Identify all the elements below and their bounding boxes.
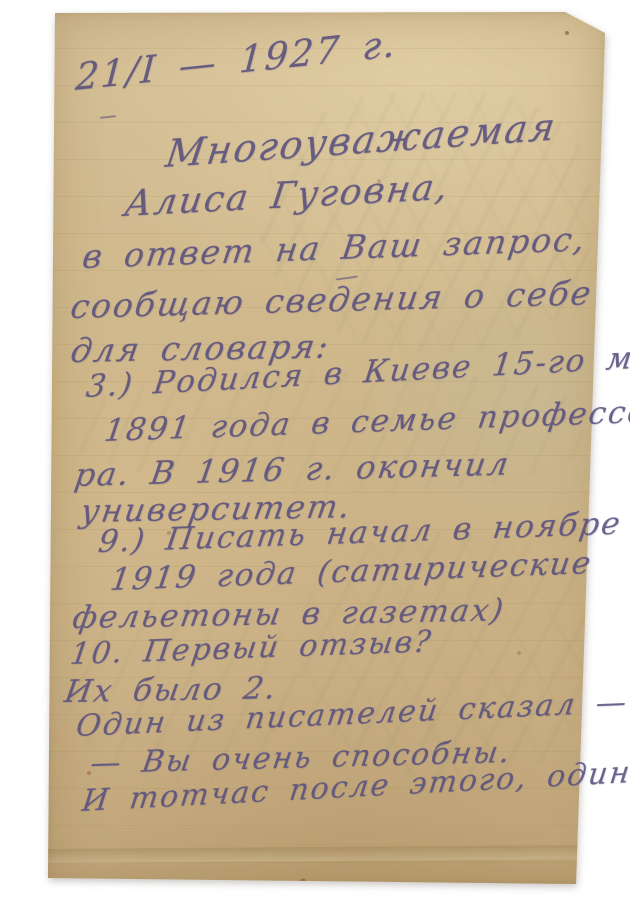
letter-line: сообщаю сведения о себе — [68, 273, 595, 326]
handwriting-layer: 21/I — 1927 г. Многоуважаемая Алиса Гуго… — [0, 0, 630, 900]
letter-line: 1891 года в семье профессо- — [102, 393, 630, 449]
letter-line: в ответ на Ваш запрос, — [80, 219, 589, 276]
letter-line-date: 21/I — 1927 г. — [74, 22, 398, 99]
letter-line-salutation: Многоуважаемая — [163, 104, 560, 176]
date-underline-mark — [100, 115, 116, 119]
letter-line: ра. В 1916 г. окончил — [72, 444, 513, 494]
scanned-letter: 21/I — 1927 г. Многоуважаемая Алиса Гуго… — [0, 0, 630, 900]
